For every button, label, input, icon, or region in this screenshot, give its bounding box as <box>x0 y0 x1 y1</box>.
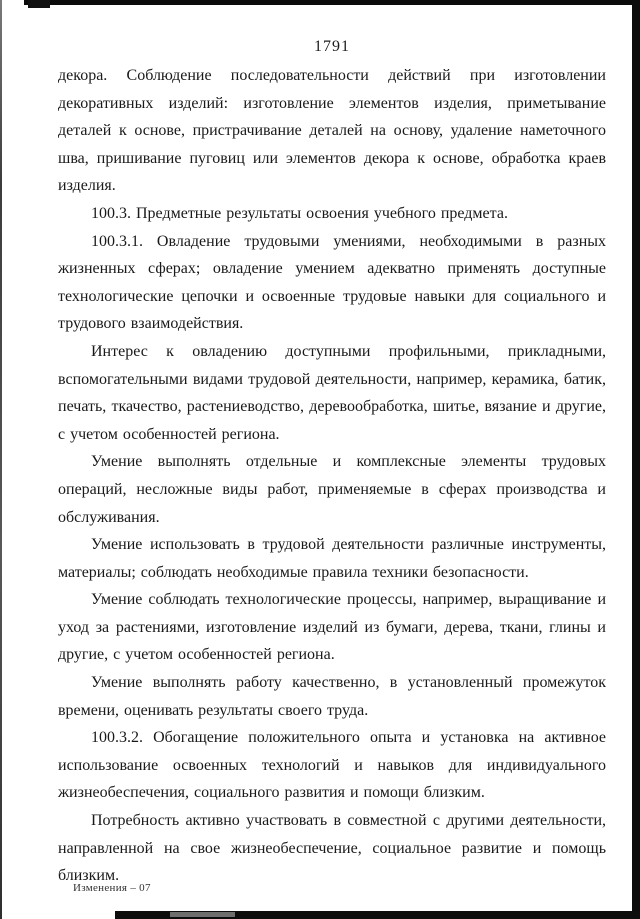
scan-edge-top-mark <box>28 0 50 8</box>
paragraph-100-3-1: 100.3.1. Овладение трудовыми умениями, н… <box>58 228 606 338</box>
paragraph-skill-operations: Умение выполнять отдельные и комплексные… <box>58 448 606 531</box>
page-content: декора. Соблюдение последовательности де… <box>58 62 606 890</box>
paragraph-skill-tools: Умение использовать в трудовой деятельно… <box>58 531 606 586</box>
footer-revision-label: Изменения – 07 <box>73 882 151 894</box>
paragraph-100-3-2: 100.3.2. Обогащение положительного опыта… <box>58 724 606 807</box>
paragraph-interest: Интерес к овладению доступными профильны… <box>58 338 606 448</box>
paragraph-continuation: декора. Соблюдение последовательности де… <box>58 62 606 200</box>
scanned-document-page: { "page": { "number": "1791", "footer_la… <box>0 0 640 919</box>
paragraph-skill-processes: Умение соблюдать технологические процесс… <box>58 586 606 669</box>
paragraph-heading-100-3: 100.3. Предметные результаты освоения уч… <box>58 200 606 228</box>
scan-edge-top <box>24 0 640 5</box>
scan-edge-bottom-smudge <box>170 912 235 917</box>
scan-edge-right <box>632 0 640 919</box>
paragraph-skill-quality: Умение выполнять работу качественно, в у… <box>58 669 606 724</box>
paragraph-need-participate: Потребность активно участвовать в совмес… <box>58 807 606 890</box>
page-number: 1791 <box>58 38 606 56</box>
scan-edge-left <box>0 0 2 919</box>
